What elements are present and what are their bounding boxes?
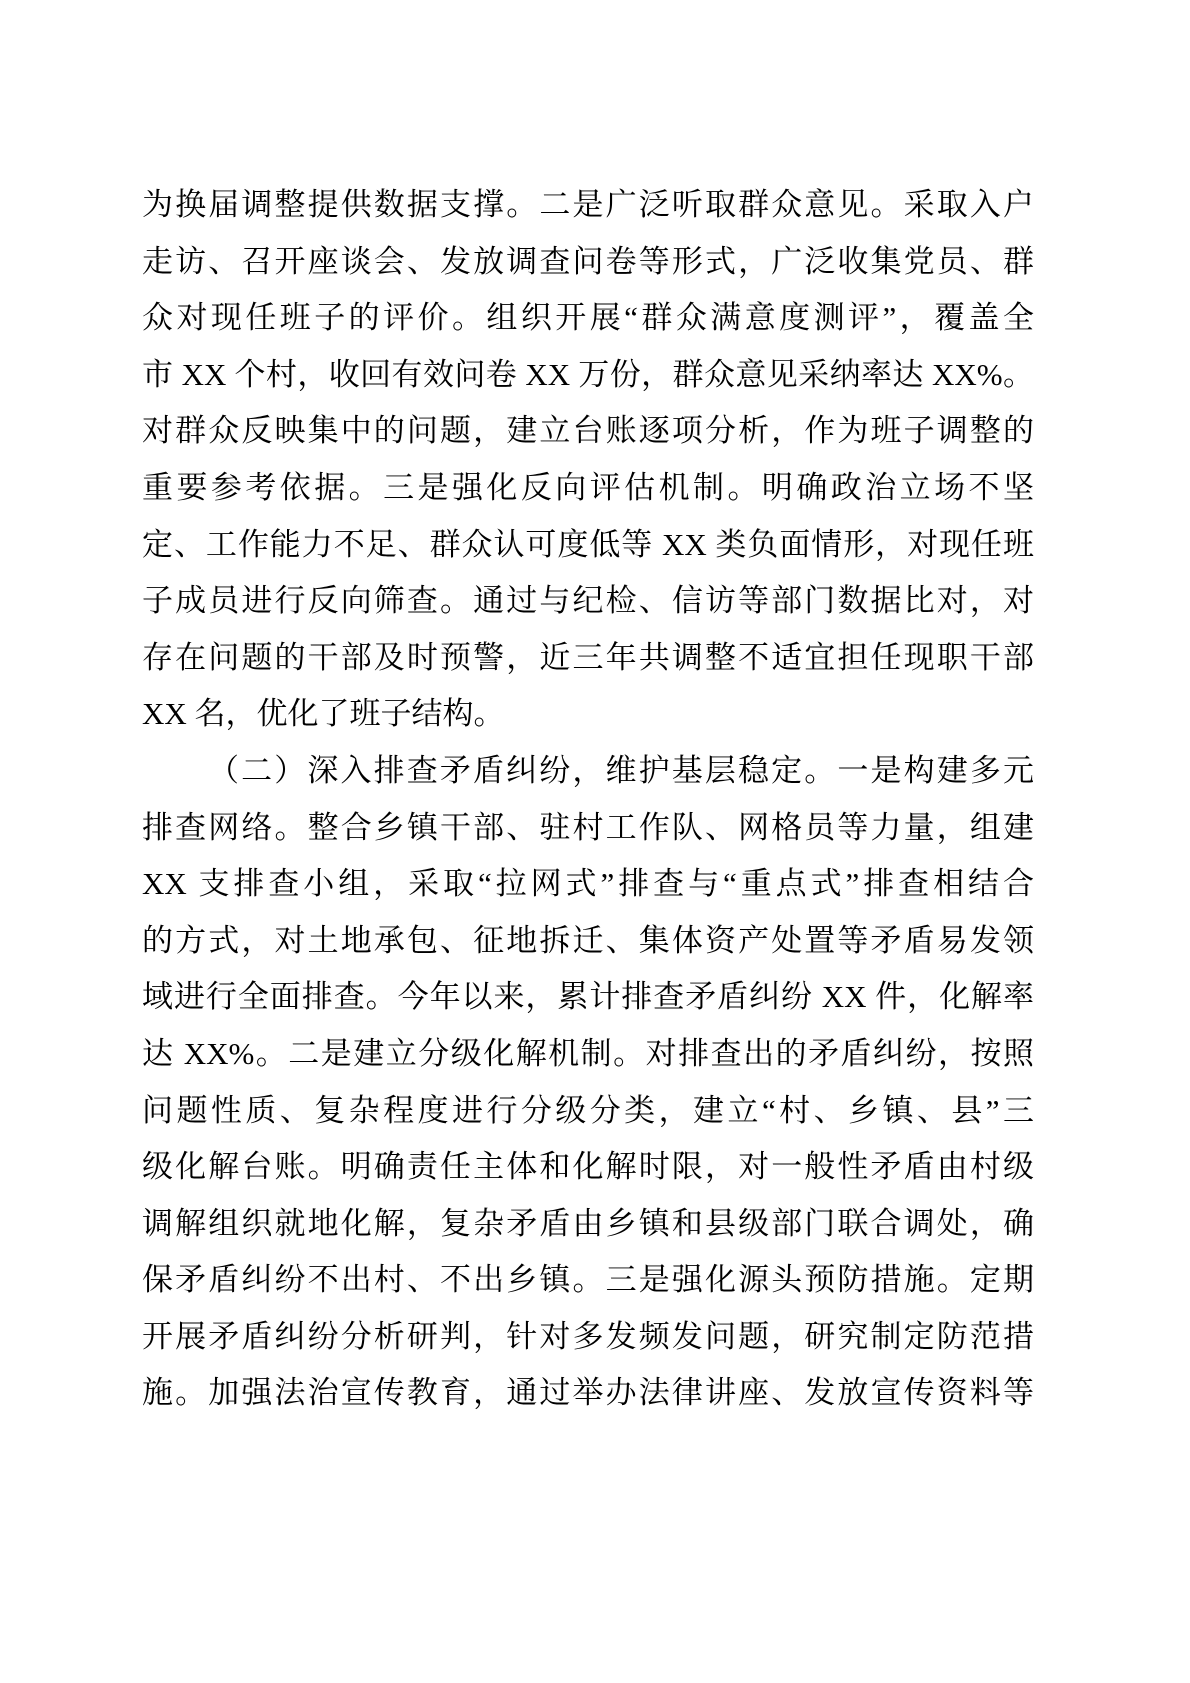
- body-line-02: 走访、召开座谈会、发放调查问卷等形式，广泛收集党员、群: [142, 234, 1034, 291]
- body-line-12: 排查网络。整合乡镇干部、驻村工作队、网格员等力量，组建: [142, 800, 1034, 857]
- body-line-13: XX 支排查小组，采取“拉网式”排查与“重点式”排查相结合: [142, 856, 1034, 913]
- body-line-16: 达 XX%。二是建立分级化解机制。对排查出的矛盾纠纷，按照: [142, 1026, 1034, 1083]
- body-line-10-paragraph-end: XX 名，优化了班子结构。: [142, 686, 1034, 743]
- body-line-19: 调解组织就地化解，复杂矛盾由乡镇和县级部门联合调处，确: [142, 1196, 1034, 1253]
- body-line-08: 子成员进行反向筛查。通过与纪检、信访等部门数据比对，对: [142, 573, 1034, 630]
- body-line-05: 对群众反映集中的问题，建立台账逐项分析，作为班子调整的: [142, 403, 1034, 460]
- body-line-07: 定、工作能力不足、群众认可度低等 XX 类负面情形，对现任班: [142, 517, 1034, 574]
- body-line-01: 为换届调整提供数据支撑。二是广泛听取群众意见。采取入户: [142, 177, 1034, 234]
- body-line-17: 问题性质、复杂程度进行分级分类，建立“村、乡镇、县”三: [142, 1083, 1034, 1140]
- body-line-21: 开展矛盾纠纷分析研判，针对多发频发问题，研究制定防范措: [142, 1309, 1034, 1366]
- body-line-09: 存在问题的干部及时预警，近三年共调整不适宜担任现职干部: [142, 630, 1034, 687]
- body-line-14: 的方式，对土地承包、征地拆迁、集体资产处置等矛盾易发领: [142, 913, 1034, 970]
- body-line-22: 施。加强法治宣传教育，通过举办法律讲座、发放宣传资料等: [142, 1365, 1034, 1422]
- section-ii-heading-line: （二）深入排查矛盾纠纷，维护基层稳定。一是构建多元: [142, 743, 1034, 800]
- body-line-20: 保矛盾纠纷不出村、不出乡镇。三是强化源头预防措施。定期: [142, 1252, 1034, 1309]
- body-line-15: 域进行全面排查。今年以来，累计排查矛盾纠纷 XX 件，化解率: [142, 969, 1034, 1026]
- body-line-18: 级化解台账。明确责任主体和化解时限，对一般性矛盾由村级: [142, 1139, 1034, 1196]
- document-page: 为换届调整提供数据支撑。二是广泛听取群众意见。采取入户 走访、召开座谈会、发放调…: [0, 0, 1190, 1683]
- document-text-block: 为换届调整提供数据支撑。二是广泛听取群众意见。采取入户 走访、召开座谈会、发放调…: [142, 177, 1034, 1422]
- body-line-03: 众对现任班子的评价。组织开展“群众满意度测评”，覆盖全: [142, 290, 1034, 347]
- body-line-04: 市 XX 个村，收回有效问卷 XX 万份，群众意见采纳率达 XX%。: [142, 347, 1034, 404]
- body-line-06: 重要参考依据。三是强化反向评估机制。明确政治立场不坚: [142, 460, 1034, 517]
